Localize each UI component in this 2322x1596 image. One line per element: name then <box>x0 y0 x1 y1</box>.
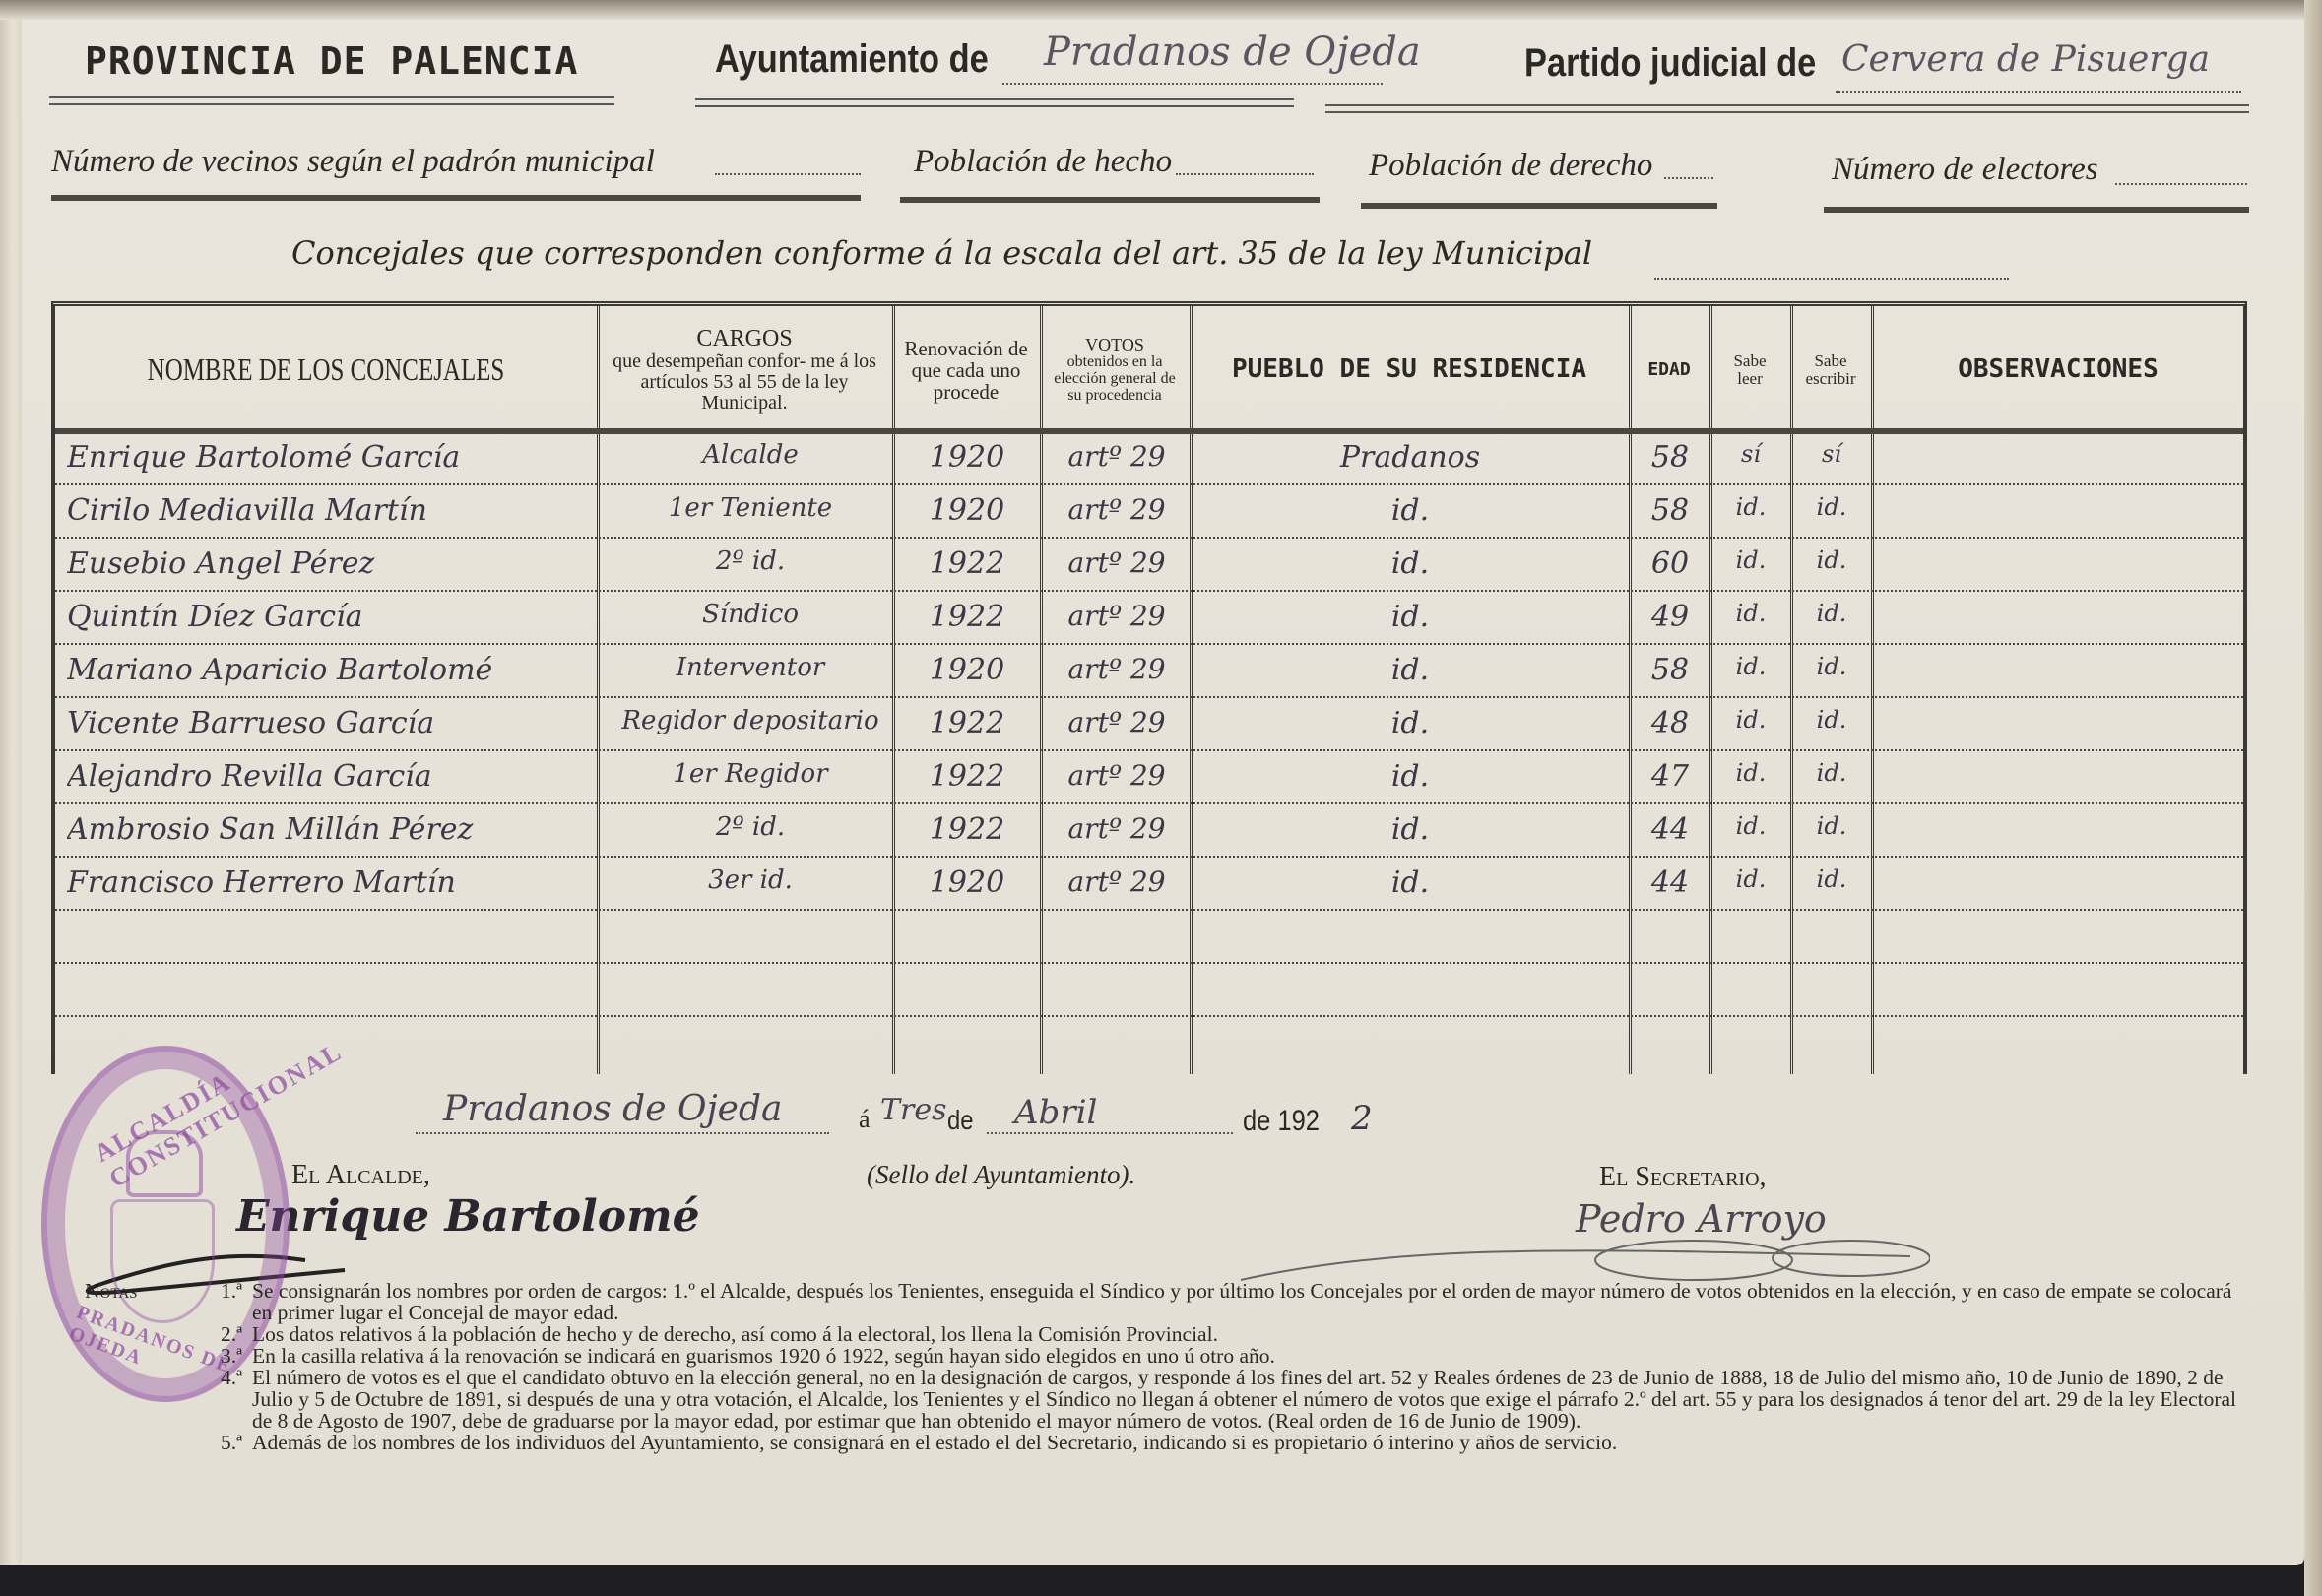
page-right-edge <box>2304 0 2322 1596</box>
date-place[interactable]: Pradanos de Ojeda <box>443 1089 782 1129</box>
cell-sabe-escribir[interactable]: id. <box>1794 759 1869 787</box>
cell-sabe-leer[interactable]: sí <box>1713 440 1788 468</box>
census-rule <box>1824 207 2249 213</box>
cell-cargo[interactable]: 2º id. <box>613 546 888 576</box>
derecho-label: Población de derecho <box>1369 148 1652 184</box>
column-header-pueblo: PUEBLO DE SU RESIDENCIA <box>1192 314 1627 426</box>
concejales-label: Concejales que corresponden conforme á l… <box>291 234 1592 272</box>
concejales-table: NOMBRE DE LOS CONCEJALES CARGOS que dese… <box>51 301 2247 1074</box>
note-item: 3.ªEn la casilla relativa á la renovació… <box>85 1345 2251 1367</box>
concejales-field[interactable] <box>1654 278 2009 280</box>
cell-renovacion[interactable]: 1922 <box>898 812 1036 847</box>
cell-edad[interactable]: 48 <box>1633 706 1708 740</box>
note-text: Se consignarán los nombres por orden de … <box>252 1280 2251 1323</box>
partido-field-line <box>1836 91 2241 93</box>
header-rule <box>695 98 1294 107</box>
header-rule <box>1325 104 2249 113</box>
cell-sabe-escribir[interactable]: id. <box>1794 546 1869 574</box>
partido-value[interactable]: Cervera de Pisuerga <box>1841 39 2210 80</box>
cell-votos[interactable]: artº 29 <box>1046 600 1188 632</box>
table-row: Francisco Herrero Martín3er id.1920artº … <box>55 860 2243 913</box>
column-header-sabe-leer: Sabe leer <box>1711 314 1788 426</box>
cell-pueblo[interactable]: Pradanos <box>1195 440 1625 475</box>
cell-renovacion[interactable]: 1920 <box>898 493 1036 528</box>
note-text: En la casilla relativa á la renovación s… <box>252 1345 2251 1367</box>
row-dotted-rule <box>55 856 2243 858</box>
table-row: Quintín Díez GarcíaSíndico1922artº 29id.… <box>55 594 2243 647</box>
cell-renovacion[interactable]: 1922 <box>898 706 1036 740</box>
note-number: 4.ª <box>177 1367 252 1432</box>
cell-votos[interactable]: artº 29 <box>1046 440 1188 473</box>
cell-sabe-leer[interactable]: id. <box>1713 865 1788 893</box>
cell-cargo[interactable]: 2º id. <box>613 812 888 842</box>
hecho-field[interactable] <box>1176 173 1314 175</box>
cell-nombre[interactable]: Francisco Herrero Martín <box>67 865 589 900</box>
notes-label <box>85 1367 177 1432</box>
cell-pueblo[interactable]: id. <box>1195 759 1625 794</box>
ayuntamiento-label: Ayuntamiento de <box>715 37 989 82</box>
note-number: 5.ª <box>177 1432 252 1453</box>
partido-label: Partido judicial de <box>1524 41 1816 86</box>
date-de: de <box>947 1105 973 1136</box>
notes-label <box>85 1323 177 1345</box>
date-day[interactable]: Tres <box>880 1093 947 1127</box>
province-title: PROVINCIA DE PALENCIA <box>85 39 578 83</box>
column-header-observaciones: OBSERVACIONES <box>1873 314 2243 426</box>
cell-cargo[interactable]: Interventor <box>613 653 888 682</box>
cell-sabe-escribir[interactable]: id. <box>1794 600 1869 627</box>
census-rule <box>1361 203 1717 209</box>
date-month[interactable]: Abril <box>1014 1093 1097 1132</box>
note-item: 4.ªEl número de votos es el que el candi… <box>85 1367 2251 1432</box>
column-header-edad: EDAD <box>1631 314 1708 426</box>
cell-edad[interactable]: 58 <box>1633 653 1708 687</box>
cell-nombre[interactable]: Ambrosio San Millán Pérez <box>67 812 589 847</box>
alcalde-label: El Alcalde, <box>291 1160 430 1191</box>
derecho-field[interactable] <box>1664 177 1713 179</box>
cell-edad[interactable]: 49 <box>1633 600 1708 634</box>
ayuntamiento-value[interactable]: Pradanos de Ojeda <box>1044 30 1421 75</box>
electores-field[interactable] <box>2115 183 2247 185</box>
table-row: Enrique Bartolomé GarcíaAlcalde1920artº … <box>55 434 2243 487</box>
cargos-title: CARGOS <box>696 327 792 351</box>
month-field-line <box>987 1132 1233 1134</box>
cell-renovacion[interactable]: 1922 <box>898 759 1036 794</box>
cell-renovacion[interactable]: 1922 <box>898 546 1036 581</box>
row-dotted-rule <box>55 696 2243 698</box>
page-top-edge <box>0 0 2322 20</box>
cell-renovacion[interactable]: 1920 <box>898 653 1036 687</box>
cell-sabe-escribir[interactable]: id. <box>1794 706 1869 734</box>
date-year-prefix: de 192 <box>1243 1105 1320 1138</box>
cell-nombre[interactable]: Cirilo Mediavilla Martín <box>67 493 589 528</box>
notes-label <box>85 1345 177 1367</box>
book-binding <box>0 0 22 1565</box>
row-dotted-rule <box>55 1015 2243 1017</box>
note-text: El número de votos es el que el candidat… <box>252 1367 2251 1432</box>
cell-nombre[interactable]: Alejandro Revilla García <box>67 759 589 794</box>
cell-sabe-escribir[interactable]: id. <box>1794 865 1869 893</box>
cell-votos[interactable]: artº 29 <box>1046 865 1188 898</box>
row-dotted-rule <box>55 483 2243 485</box>
cell-edad[interactable]: 60 <box>1633 546 1708 581</box>
row-dotted-rule <box>55 749 2243 751</box>
note-number: 2.ª <box>177 1323 252 1345</box>
row-dotted-rule <box>55 537 2243 539</box>
table-row: Ambrosio San Millán Pérez2º id.1922artº … <box>55 806 2243 860</box>
table-row <box>55 966 2243 1019</box>
row-dotted-rule <box>55 643 2243 645</box>
table-row: Alejandro Revilla García1er Regidor1922a… <box>55 753 2243 806</box>
note-number: 1.ª <box>177 1280 252 1323</box>
cell-votos[interactable]: artº 29 <box>1046 759 1188 792</box>
table-row: Mariano Aparicio BartoloméInterventor192… <box>55 647 2243 700</box>
column-header-votos: VOTOS obtenidos en la elección general d… <box>1042 314 1188 426</box>
row-dotted-rule <box>55 590 2243 592</box>
note-text: Los datos relativos á la población de he… <box>252 1323 2251 1345</box>
table-row <box>55 913 2243 966</box>
cell-nombre[interactable]: Vicente Barrueso García <box>67 706 589 740</box>
electores-label: Número de electores <box>1832 152 2098 188</box>
place-field-line <box>416 1132 829 1134</box>
cargos-subtitle: que desempeñan confor- me á los artículo… <box>599 351 890 414</box>
cell-sabe-leer[interactable]: id. <box>1713 493 1788 521</box>
cell-sabe-leer[interactable]: id. <box>1713 759 1788 787</box>
cell-nombre[interactable]: Mariano Aparicio Bartolomé <box>67 653 589 687</box>
notes-section: Notas1.ªSe consignarán los nombres por o… <box>85 1280 2251 1453</box>
hecho-label: Población de hecho <box>914 144 1172 180</box>
column-header-nombre: NOMBRE DE LOS CONCEJALES <box>115 314 538 426</box>
cell-sabe-escribir[interactable]: id. <box>1794 812 1869 840</box>
row-dotted-rule <box>55 909 2243 911</box>
cell-pueblo[interactable]: id. <box>1195 653 1625 687</box>
cell-votos[interactable]: artº 29 <box>1046 653 1188 685</box>
header-rule <box>49 96 614 105</box>
cell-votos[interactable]: artº 29 <box>1046 546 1188 579</box>
cell-renovacion[interactable]: 1920 <box>898 865 1036 900</box>
note-number: 3.ª <box>177 1345 252 1367</box>
note-item: 2.ªLos datos relativos á la población de… <box>85 1323 2251 1345</box>
cell-votos[interactable]: artº 29 <box>1046 493 1188 526</box>
table-row: Eusebio Angel Pérez2º id.1922artº 29id.6… <box>55 541 2243 594</box>
cell-votos[interactable]: artº 29 <box>1046 812 1188 845</box>
notes-list: Notas1.ªSe consignarán los nombres por o… <box>85 1280 2251 1453</box>
row-dotted-rule <box>55 962 2243 964</box>
date-year-suffix[interactable]: 2 <box>1351 1099 1373 1138</box>
cell-nombre[interactable]: Eusebio Angel Pérez <box>67 546 589 581</box>
ayuntamiento-field-line <box>1002 83 1383 85</box>
cell-sabe-leer[interactable]: id. <box>1713 546 1788 574</box>
cell-cargo[interactable]: Síndico <box>613 600 888 629</box>
column-header-renovacion: Renovación de que cada uno procede <box>894 314 1038 426</box>
cell-pueblo[interactable]: id. <box>1195 493 1625 528</box>
notes-label: Notas <box>85 1280 177 1323</box>
cell-nombre[interactable]: Quintín Díez García <box>67 600 589 634</box>
sello-label: (Sello del Ayuntamiento). <box>867 1160 1135 1190</box>
cell-cargo[interactable]: Regidor depositario <box>613 706 888 735</box>
cell-cargo[interactable]: Alcalde <box>613 440 888 470</box>
column-header-sabe-escribir: Sabe escribir <box>1792 314 1869 426</box>
row-dotted-rule <box>55 802 2243 804</box>
cell-renovacion[interactable]: 1920 <box>898 440 1036 475</box>
cell-cargo[interactable]: 1er Teniente <box>613 493 888 523</box>
vecinos-field[interactable] <box>715 173 861 175</box>
cell-pueblo[interactable]: id. <box>1195 812 1625 847</box>
census-rule <box>900 197 1320 203</box>
cell-nombre[interactable]: Enrique Bartolomé García <box>67 440 589 475</box>
cell-pueblo[interactable]: id. <box>1195 865 1625 900</box>
cell-sabe-leer[interactable]: id. <box>1713 706 1788 734</box>
table-row: Vicente Barrueso GarcíaRegidor depositar… <box>55 700 2243 753</box>
note-item: Notas1.ªSe consignarán los nombres por o… <box>85 1280 2251 1323</box>
note-text: Además de los nombres de los individuos … <box>252 1432 2251 1453</box>
cell-renovacion[interactable]: 1922 <box>898 600 1036 634</box>
cell-edad[interactable]: 58 <box>1633 493 1708 528</box>
cell-pueblo[interactable]: id. <box>1195 600 1625 634</box>
table-row: Cirilo Mediavilla Martín1er Teniente1920… <box>55 487 2243 541</box>
cell-cargo[interactable]: 1er Regidor <box>613 759 888 789</box>
vecinos-label: Número de vecinos según el padrón munici… <box>51 144 655 180</box>
votos-title: VOTOS <box>1085 336 1144 354</box>
cell-pueblo[interactable]: id. <box>1195 706 1625 740</box>
cell-sabe-escribir[interactable]: id. <box>1794 653 1869 680</box>
cell-edad[interactable]: 44 <box>1633 865 1708 900</box>
notes-label <box>85 1432 177 1453</box>
cell-sabe-leer[interactable]: id. <box>1713 600 1788 627</box>
cell-votos[interactable]: artº 29 <box>1046 706 1188 738</box>
secretario-label: El Secretario, <box>1599 1162 1767 1193</box>
cell-sabe-leer[interactable]: id. <box>1713 653 1788 680</box>
cell-pueblo[interactable]: id. <box>1195 546 1625 581</box>
cell-edad[interactable]: 58 <box>1633 440 1708 475</box>
cell-sabe-escribir[interactable]: id. <box>1794 493 1869 521</box>
cell-sabe-escribir[interactable]: sí <box>1794 440 1869 468</box>
cell-edad[interactable]: 44 <box>1633 812 1708 847</box>
cell-cargo[interactable]: 3er id. <box>613 865 888 895</box>
votos-subtitle: obtenidos en la elección general de su p… <box>1042 354 1188 404</box>
census-rule <box>51 195 861 201</box>
cell-edad[interactable]: 47 <box>1633 759 1708 794</box>
column-header-cargos: CARGOS que desempeñan confor- me á los a… <box>599 314 890 426</box>
crown-icon <box>126 1130 203 1197</box>
note-item: 5.ªAdemás de los nombres de los individu… <box>85 1432 2251 1453</box>
date-a: á <box>859 1105 871 1134</box>
cell-sabe-leer[interactable]: id. <box>1713 812 1788 840</box>
